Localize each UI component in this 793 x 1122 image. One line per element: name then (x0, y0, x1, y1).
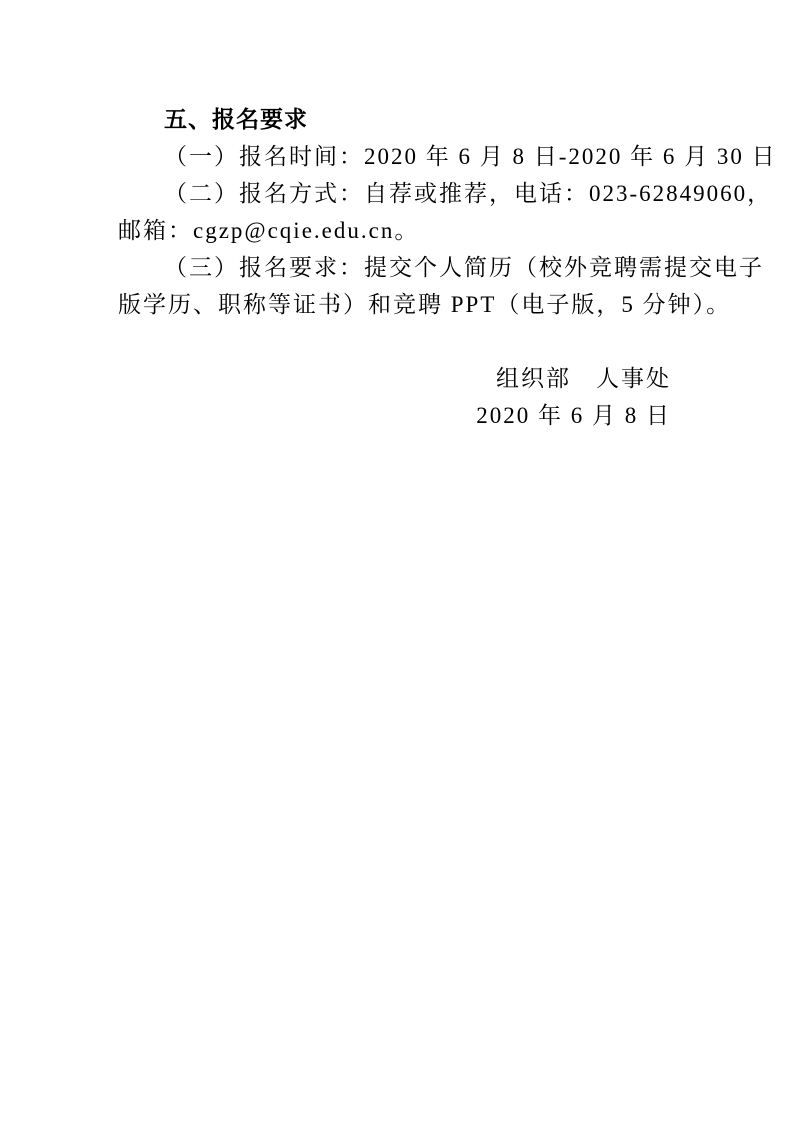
signature-date: 2020 年 6 月 8 日 (118, 397, 671, 434)
section-heading: 五、报名要求 (118, 101, 695, 138)
signature-department: 组织部 人事处 (118, 360, 671, 397)
registration-method-line-2: 邮箱：cgzp@cqie.edu.cn。 (118, 212, 695, 249)
registration-requirements-line-1: （三）报名要求：提交个人简历（校外竞聘需提交电子 (118, 249, 695, 286)
registration-requirements-line-2: 版学历、职称等证书）和竞聘 PPT（电子版，5 分钟）。 (118, 286, 695, 323)
registration-method-line-1: （二）报名方式：自荐或推荐，电话：023-62849060， (118, 175, 695, 212)
registration-time-line: （一）报名时间：2020 年 6 月 8 日-2020 年 6 月 30 日 (118, 138, 695, 175)
document-page: 五、报名要求 （一）报名时间：2020 年 6 月 8 日-2020 年 6 月… (0, 0, 793, 1122)
document-content: 五、报名要求 （一）报名时间：2020 年 6 月 8 日-2020 年 6 月… (118, 101, 695, 434)
signature-block: 组织部 人事处 2020 年 6 月 8 日 (118, 360, 695, 434)
